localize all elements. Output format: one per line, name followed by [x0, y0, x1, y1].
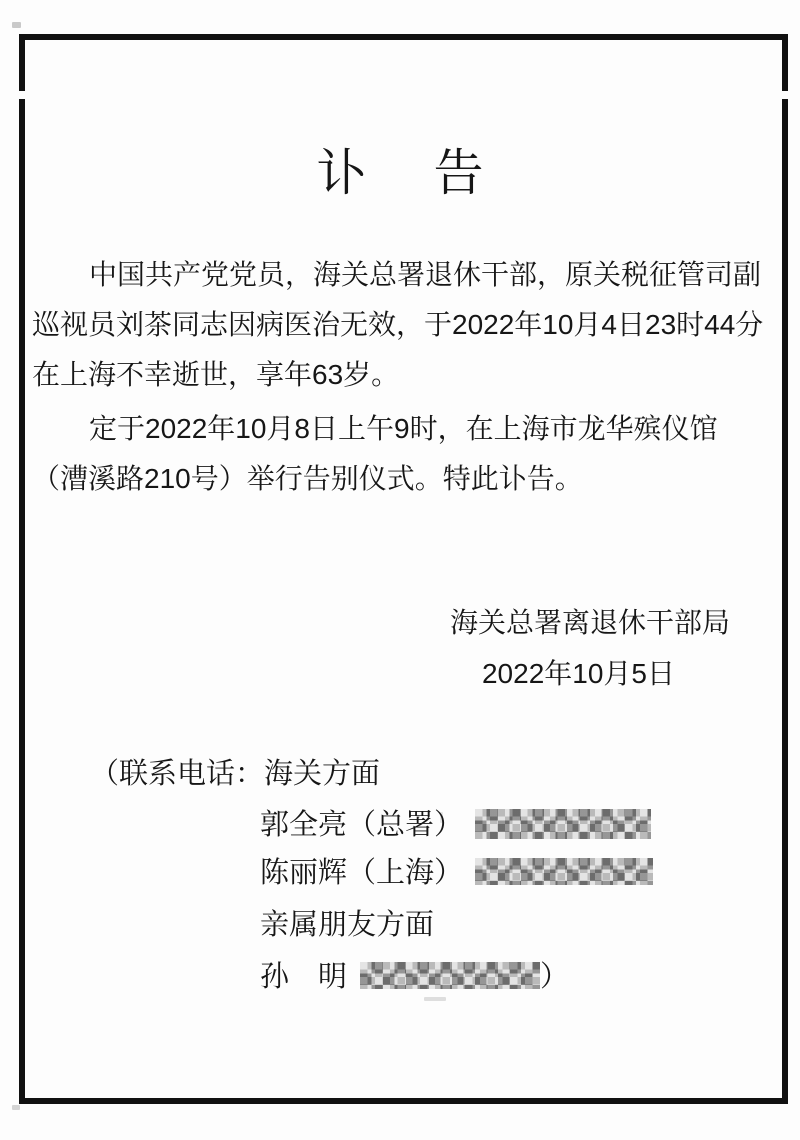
redacted-phone-mosaic — [475, 858, 653, 885]
contact-intro: （联系电话：海关方面 — [90, 758, 380, 790]
redacted-phone-mosaic — [475, 809, 651, 839]
body-paragraph-2: 定于2022年10月8日上午9时，在上海市龙华殡仪馆 （漕溪路210号）举行告别… — [32, 404, 782, 504]
redacted-phone-mosaic — [360, 962, 540, 989]
title-char-right: 告 — [434, 145, 484, 201]
border-gap-right — [779, 91, 791, 99]
contact-row: 陈丽辉（上海） — [260, 857, 653, 889]
border-gap-left — [16, 91, 28, 99]
contact-row: 郭全亮（总署） — [260, 809, 651, 841]
contact-name: 郭全亮（总署） — [260, 809, 463, 841]
signature-date: 2022年10月5日 — [32, 659, 769, 689]
signature-organization: 海关总署离退休干部局 — [32, 608, 769, 638]
title-char-left: 讣 — [317, 145, 367, 201]
contact-name: 孙 明 — [260, 961, 347, 993]
closing-paren: ） — [540, 961, 569, 993]
scan-speck — [12, 22, 21, 28]
obituary-document: 讣告 中国共产党党员，海关总署退休干部，原关税征管司副 巡视员刘茶同志因病医治无… — [0, 0, 800, 1140]
body-paragraph-1: 中国共产党党员，海关总署退休干部，原关税征管司副 巡视员刘茶同志因病医治无效，于… — [32, 250, 782, 400]
scan-speck — [424, 997, 446, 1001]
contact-row: 孙 明） — [260, 961, 569, 993]
contact-name: 陈丽辉（上海） — [260, 857, 463, 889]
page-title: 讣告 — [0, 146, 800, 201]
scan-speck — [12, 1105, 20, 1110]
contact-group-label: 亲属朋友方面 — [260, 909, 434, 941]
